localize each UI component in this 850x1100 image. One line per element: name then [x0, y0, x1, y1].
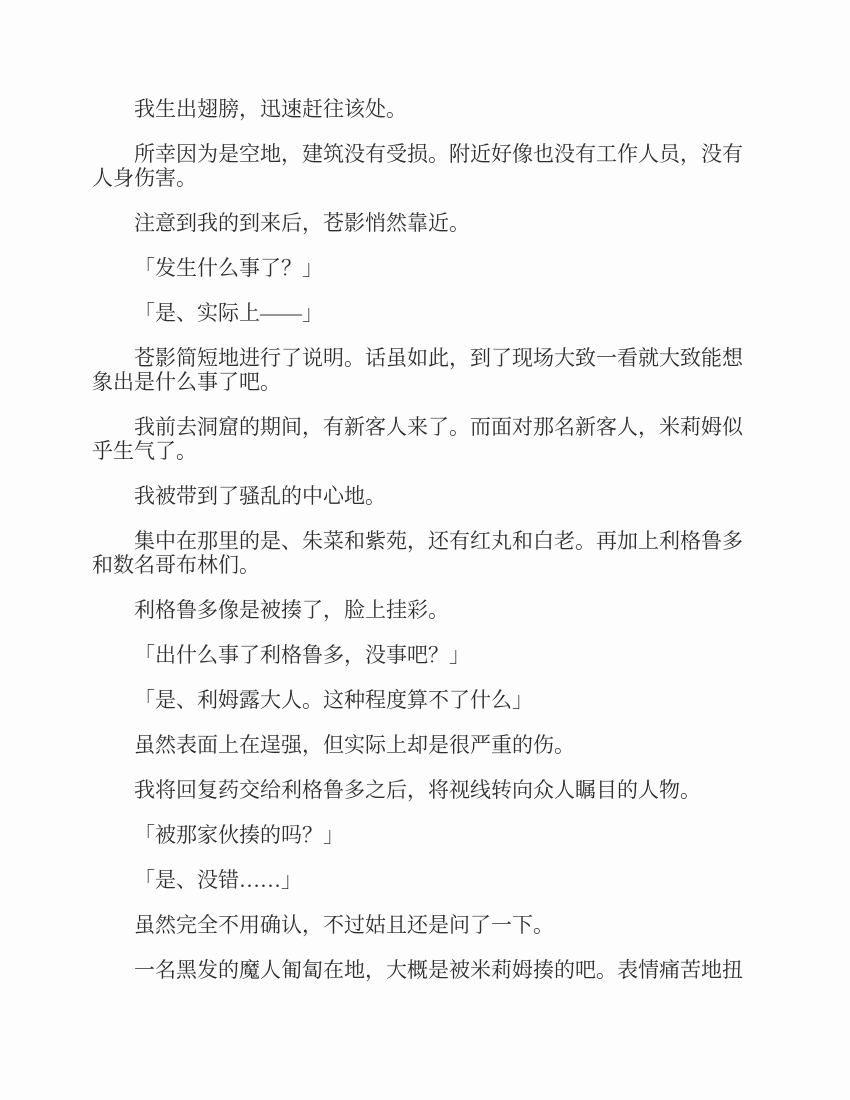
paragraph: 我前去洞窟的期间，有新客人来了。而面对那名新客人，米莉姆似乎生气了。	[92, 415, 752, 463]
paragraph: 「被那家伙揍的吗？」	[92, 823, 752, 847]
paragraph: 一名黑发的魔人匍匐在地，大概是被米莉姆揍的吧。表情痛苦地扭	[92, 958, 752, 982]
paragraph: 我将回复药交给利格鲁多之后，将视线转向众人瞩目的人物。	[92, 778, 752, 802]
paragraph: 利格鲁多像是被揍了，脸上挂彩。	[92, 598, 752, 622]
paragraph: 「发生什么事了？」	[92, 256, 752, 280]
paragraph: 「是、利姆露大人。这种程度算不了什么」	[92, 688, 752, 712]
paragraph: 所幸因为是空地，建筑没有受损。附近好像也没有工作人员，没有人身伤害。	[92, 142, 752, 190]
paragraph: 「出什么事了利格鲁多，没事吧？」	[92, 643, 752, 667]
paragraph: 虽然完全不用确认，不过姑且还是问了一下。	[92, 913, 752, 937]
paragraph: 虽然表面上在逞强，但实际上却是很严重的伤。	[92, 733, 752, 757]
paragraph: 「是、没错……」	[92, 868, 752, 892]
paragraph: 「是、实际上——」	[92, 301, 752, 325]
document-page: 我生出翅膀，迅速赶往该处。所幸因为是空地，建筑没有受损。附近好像也没有工作人员，…	[0, 0, 850, 1100]
paragraph: 集中在那里的是、朱菜和紫苑，还有红丸和白老。再加上利格鲁多和数名哥布林们。	[92, 529, 752, 577]
text-column: 我生出翅膀，迅速赶往该处。所幸因为是空地，建筑没有受损。附近好像也没有工作人员，…	[92, 97, 752, 1003]
paragraph: 我生出翅膀，迅速赶往该处。	[92, 97, 752, 121]
paragraph: 注意到我的到来后，苍影悄然靠近。	[92, 211, 752, 235]
paragraph: 我被带到了骚乱的中心地。	[92, 484, 752, 508]
paragraph: 苍影简短地进行了说明。话虽如此，到了现场大致一看就大致能想象出是什么事了吧。	[92, 346, 752, 394]
